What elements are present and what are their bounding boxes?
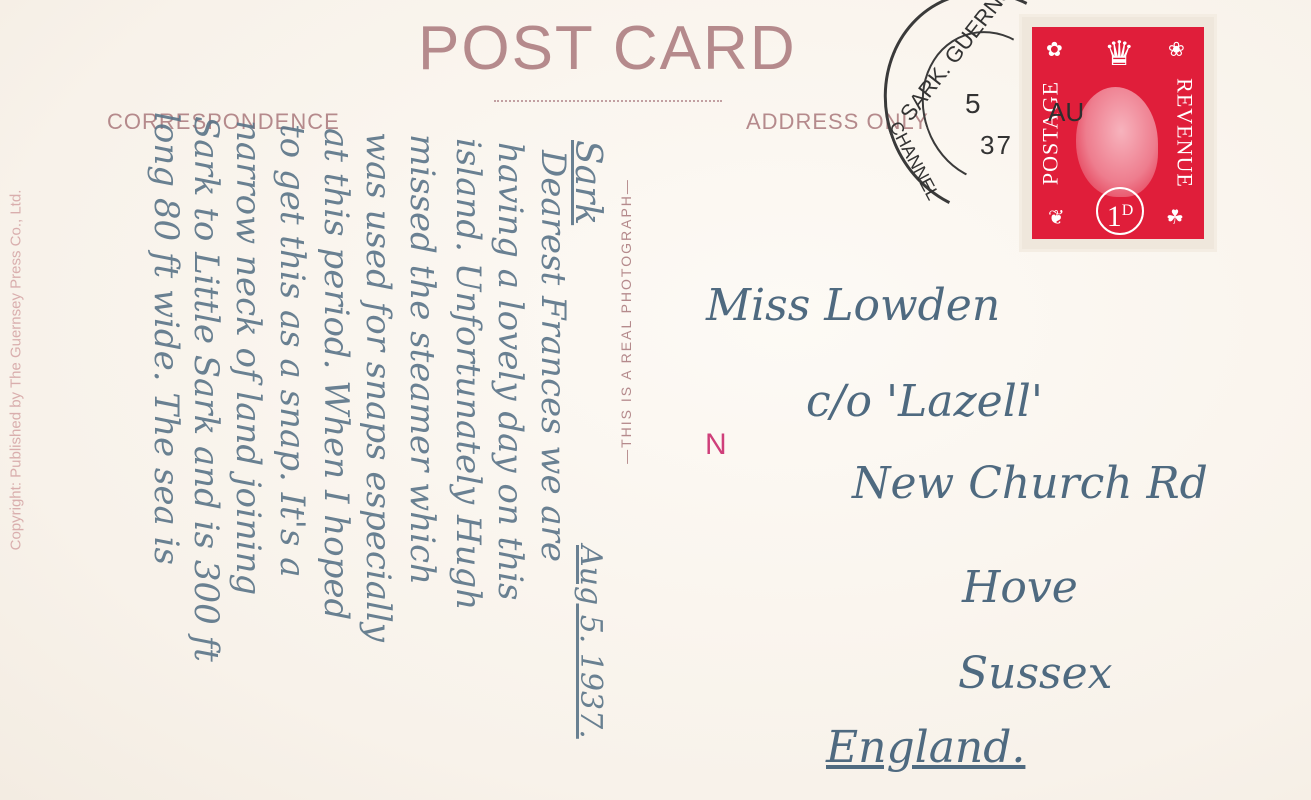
cancel-month: AU [1048, 97, 1084, 128]
address-line-country: England. [826, 722, 1025, 773]
message-line: Dearest Frances we are [533, 150, 573, 562]
center-divider: —THIS IS A REAL PHOTOGRAPH— [616, 112, 636, 530]
address-line-street: New Church Rd [852, 458, 1208, 509]
address-line-town: Hove [962, 562, 1078, 613]
stamp-value: 1D [1096, 187, 1144, 235]
message-line: island. Unfortunately Hugh [448, 138, 488, 610]
postcard-title: POST CARD [418, 18, 797, 80]
postcard-back: Copyright: Published by The Guernsey Pre… [0, 0, 1311, 800]
postmark-year: 37 [980, 130, 1013, 161]
publisher-credit: Copyright: Published by The Guernsey Pre… [6, 90, 26, 650]
stamp-face: POSTAGE REVENUE ♛ ✿ ❀ ❦ ☘ 1D AU [1032, 27, 1204, 239]
address-line-county: Sussex [958, 648, 1113, 699]
address-line-care-of: c/o 'Lazell' [806, 376, 1043, 427]
message-line: narrow neck of land joining [228, 120, 268, 595]
rose-icon: ✿ [1046, 37, 1063, 62]
message-line: Sark to Little Sark and is 300 ft [186, 116, 226, 662]
leek-icon: ❦ [1048, 205, 1065, 230]
message-line: to get this as a snap. It's a [272, 124, 312, 578]
message-line: at this period. When I hoped [316, 128, 356, 620]
stamp-revenue-text: REVENUE [1172, 78, 1198, 188]
message-line: having a lovely day on this [490, 142, 530, 600]
message-line: was used for snaps especially [358, 132, 398, 642]
message-line: long 80 ft wide. The sea is [146, 112, 186, 565]
message-place: Sark [567, 140, 608, 225]
postage-stamp: POSTAGE REVENUE ♛ ✿ ❀ ❦ ☘ 1D AU [1022, 17, 1214, 249]
postmark-day: 5 [965, 88, 981, 120]
thistle-icon: ❀ [1168, 37, 1185, 62]
pencil-mark: N [705, 428, 727, 462]
stamp-line-divider [494, 100, 722, 102]
address-line-name: Miss Lowden [706, 280, 1000, 331]
message-date: Aug 5. 1937. [573, 545, 608, 739]
crown-icon: ♛ [1104, 37, 1134, 71]
king-portrait [1076, 87, 1158, 197]
message-line: missed the steamer which [402, 134, 442, 585]
shamrock-icon: ☘ [1166, 205, 1184, 230]
